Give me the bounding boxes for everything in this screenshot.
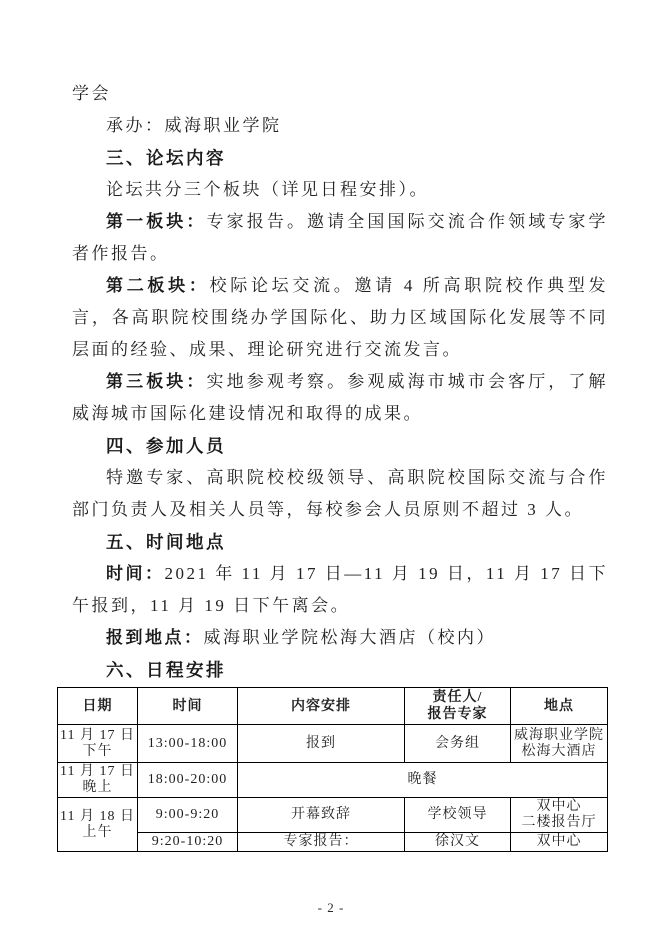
cell-time: 13:00-18:00 <box>138 725 238 763</box>
paragraph-checkin: 报到地点：威海职业学院松海大酒店（校内） <box>72 622 608 654</box>
cell-time: 9:20-10:20 <box>138 833 238 852</box>
cell-person: 会务组 <box>405 725 511 763</box>
time-lead: 时间： <box>106 564 165 583</box>
cell-content: 专家报告： <box>238 833 405 852</box>
block2-lead: 第二板块： <box>106 276 210 295</box>
cell-date: 11 月 17 日 晚上 <box>58 763 138 798</box>
header-person: 责任人/ 报告专家 <box>405 688 511 725</box>
paragraph-block3: 第三板块：实地参观考察。参观威海市城市会客厅，了解威海城市国际化建设情况和取得的… <box>72 366 608 430</box>
cell-date: 11 月 17 日 下午 <box>58 725 138 763</box>
section-heading-schedule: 六、日程安排 <box>72 654 608 686</box>
paragraph-block1: 第一板块：专家报告。邀请全国国际交流合作领域专家学者作报告。 <box>72 206 608 270</box>
checkin-text: 威海职业学院松海大酒店（校内） <box>204 628 497 647</box>
checkin-lead: 报到地点： <box>106 628 204 647</box>
header-date: 日期 <box>58 688 138 725</box>
cell-date: 11 月 18 日 上午 <box>58 798 138 852</box>
schedule-table: 日期 时间 内容安排 责任人/ 报告专家 地点 11 月 17 日 下午 13:… <box>57 687 608 852</box>
header-time: 时间 <box>138 688 238 725</box>
paragraph-organizer: 承办：威海职业学院 <box>72 110 608 142</box>
paragraph-block2: 第二板块：校际论坛交流。邀请 4 所高职院校作典型发言，各高职院校围绕办学国际化… <box>72 270 608 366</box>
table-header-row: 日期 时间 内容安排 责任人/ 报告专家 地点 <box>58 688 608 725</box>
page-number: - 2 - <box>0 900 662 916</box>
paragraph-participants: 特邀专家、高职院校校级领导、高职院校国际交流与合作部门负责人及相关人员等，每校参… <box>72 462 608 526</box>
header-content: 内容安排 <box>238 688 405 725</box>
header-place: 地点 <box>511 688 608 725</box>
cell-time: 18:00-20:00 <box>138 763 238 798</box>
section-heading-time-place: 五、时间地点 <box>72 526 608 558</box>
cell-person: 徐汉文 <box>405 833 511 852</box>
table-row-opening: 11 月 18 日 上午 9:00-9:20 开幕致辞 学校领导 双中心 二楼报… <box>58 798 608 833</box>
cell-content: 报到 <box>238 725 405 763</box>
section-heading-forum-content: 三、论坛内容 <box>72 142 608 174</box>
table-row-expert-report: 9:20-10:20 专家报告： 徐汉文 双中心 <box>58 833 608 852</box>
cell-place: 双中心 <box>511 833 608 852</box>
paragraph-intro: 论坛共分三个板块（详见日程安排）。 <box>72 174 608 206</box>
cell-content: 开幕致辞 <box>238 798 405 833</box>
paragraph-time: 时间：2021 年 11 月 17 日—11 月 19 日，11 月 17 日下… <box>72 558 608 622</box>
table-row-checkin: 11 月 17 日 下午 13:00-18:00 报到 会务组 威海职业学院 松… <box>58 725 608 763</box>
table-row-dinner: 11 月 17 日 晚上 18:00-20:00 晚餐 <box>58 763 608 798</box>
document-page: 学会 承办：威海职业学院 三、论坛内容 论坛共分三个板块（详见日程安排）。 第一… <box>0 0 662 928</box>
cell-place: 双中心 二楼报告厅 <box>511 798 608 833</box>
cell-person: 学校领导 <box>405 798 511 833</box>
block3-lead: 第三板块： <box>106 372 207 391</box>
cell-merged-dinner: 晚餐 <box>238 763 608 798</box>
cell-place: 威海职业学院 松海大酒店 <box>511 725 608 763</box>
cell-time: 9:00-9:20 <box>138 798 238 833</box>
document-body: 学会 承办：威海职业学院 三、论坛内容 论坛共分三个板块（详见日程安排）。 第一… <box>0 0 662 852</box>
section-heading-participants: 四、参加人员 <box>72 430 608 462</box>
block1-lead: 第一板块： <box>106 212 207 231</box>
paragraph-continuation: 学会 <box>72 78 608 110</box>
